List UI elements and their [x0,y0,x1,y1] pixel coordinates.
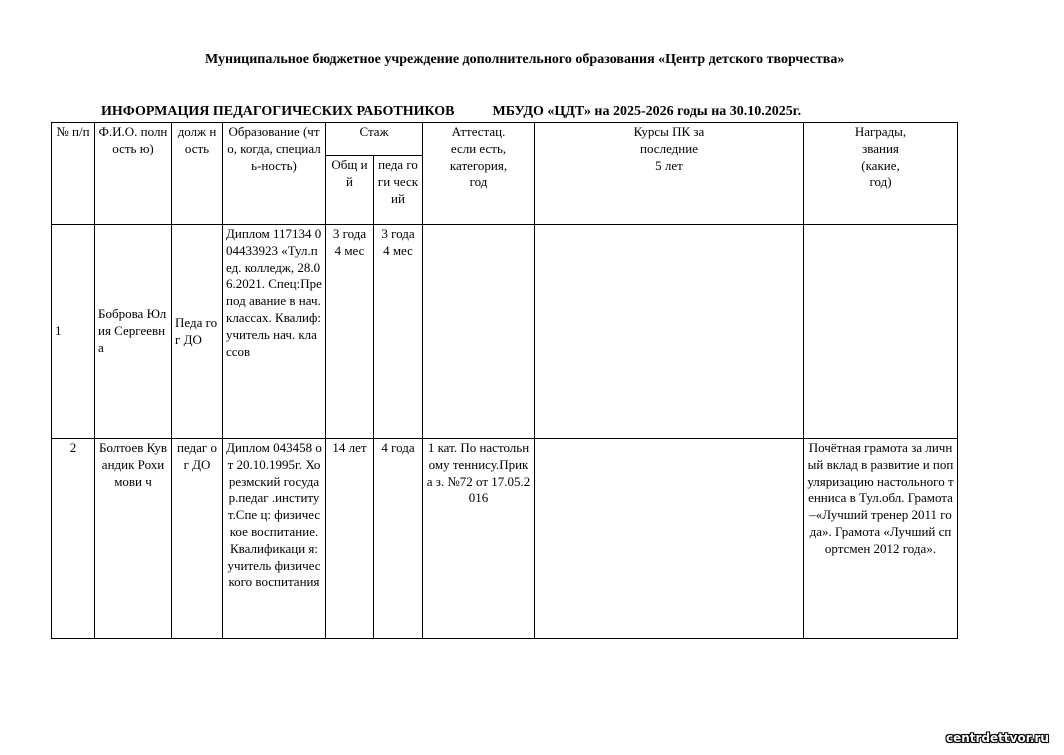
document-title-right: МБУДО «ЦДТ» на 2025-2026 годы на 30.10.2… [493,104,802,119]
table-row: 1 Боброва Юлия Сергеевн а Педа гог ДО Ди… [52,225,958,439]
col-header-position: долж ность [172,123,223,225]
col-header-experience: Стаж [326,123,423,156]
cell-education: Диплом 117134 004433923 «Тул.пед. коллед… [223,225,326,439]
cell-fio: Болтоев Кувандик Рохимови ч [95,439,172,639]
cell-experience-total: 14 лет [326,439,374,639]
cell-fio: Боброва Юлия Сергеевн а [95,225,172,439]
staff-table: № п/п Ф.И.О. полность ю) долж ность Обра… [51,122,958,639]
cell-attestation: 1 кат. По настольному теннису.Прика з. №… [423,439,535,639]
cell-awards [804,225,958,439]
cell-position: педаг ог ДО [172,439,223,639]
cell-education: Диплом 043458 от 20.10.1995г. Хорезмский… [223,439,326,639]
cell-experience-ped: 3 года 4 мес [374,225,423,439]
col-header-experience-total: Общ ий [326,156,374,225]
cell-courses [535,225,804,439]
col-header-fio: Ф.И.О. полность ю) [95,123,172,225]
cell-courses [535,439,804,639]
col-header-courses: Курсы ПК за последние 5 лет [535,123,804,225]
col-header-education: Образование (что, когда, специаль-ность) [223,123,326,225]
col-header-awards: Награды, звания (какие, год) [804,123,958,225]
cell-num: 2 [52,439,95,639]
col-header-attestation: Аттестац. если есть, категория, год [423,123,535,225]
cell-experience-ped: 4 года [374,439,423,639]
header-row: № п/п Ф.И.О. полность ю) долж ность Обра… [52,123,958,156]
document-title-left: ИНФОРМАЦИЯ ПЕДАГОГИЧЕСКИХ РАБОТНИКОВ [101,104,455,119]
cell-attestation [423,225,535,439]
organization-title: Муниципальное бюджетное учреждение допол… [205,52,844,68]
table-row: 2 Болтоев Кувандик Рохимови ч педаг ог Д… [52,439,958,639]
cell-awards: Почётная грамота за личный вклад в разви… [804,439,958,639]
cell-experience-total: 3 года 4 мес [326,225,374,439]
col-header-num: № п/п [52,123,95,225]
col-header-experience-ped: педа гоги ческ ий [374,156,423,225]
site-watermark: centrdettvor.ru [946,731,1049,745]
cell-position: Педа гог ДО [172,225,223,439]
cell-num: 1 [52,225,95,439]
document-title: ИНФОРМАЦИЯ ПЕДАГОГИЧЕСКИХ РАБОТНИКОВМБУД… [101,104,801,120]
